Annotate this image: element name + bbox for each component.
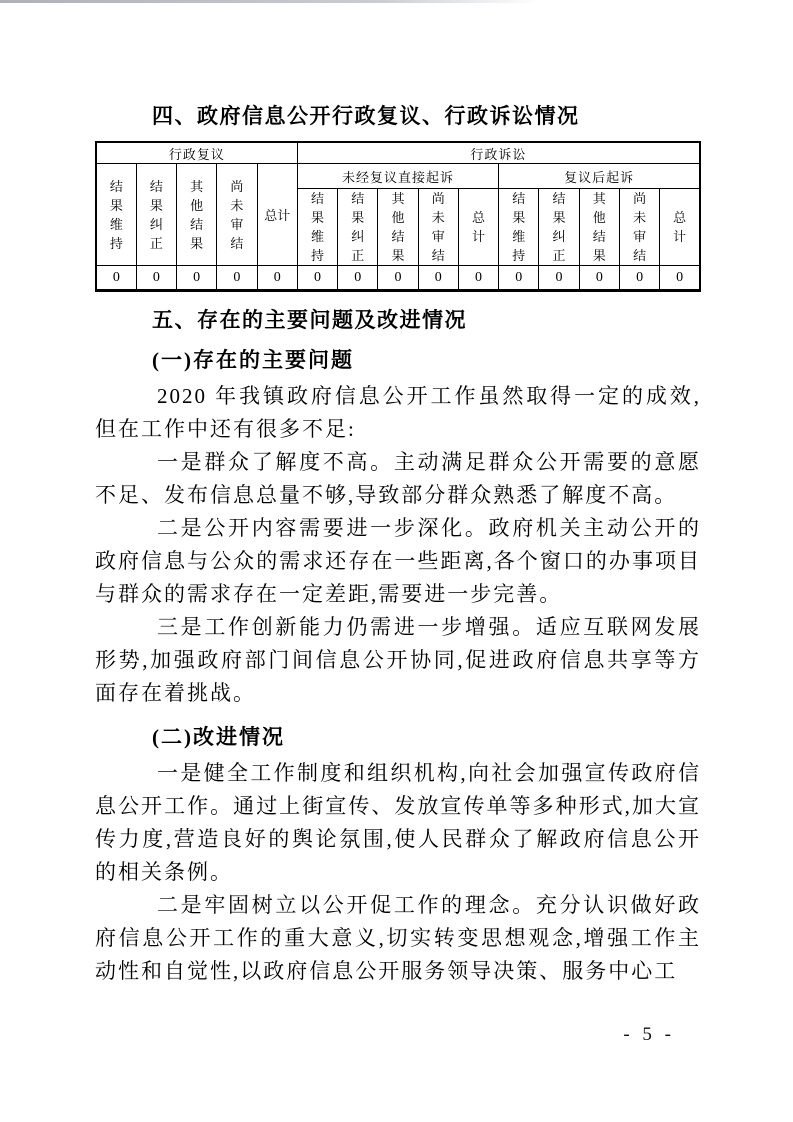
value-cell: 0 bbox=[539, 266, 579, 291]
header-direct-suit: 未经复议直接起诉 bbox=[297, 164, 498, 189]
header-other-result: 其他结果 bbox=[378, 189, 418, 266]
value-cell: 0 bbox=[499, 266, 539, 291]
header-result-corrected: 结果纠正 bbox=[338, 189, 378, 266]
section-5-heading: 五、存在的主要问题及改进情况 bbox=[95, 309, 701, 333]
document-page: 四、政府信息公开行政复议、行政诉讼情况 行政复议 行政诉讼 结果维持 结果纠正 … bbox=[0, 0, 793, 1122]
header-other-result: 其他结果 bbox=[579, 189, 619, 266]
section-5-1-heading: (一)存在的主要问题 bbox=[95, 345, 701, 375]
admin-review-litigation-table: 行政复议 行政诉讼 结果维持 结果纠正 其他结果 尚未审结 总计 未经复议直接起… bbox=[95, 141, 701, 292]
value-cell: 0 bbox=[217, 266, 257, 291]
value-cell: 0 bbox=[660, 266, 700, 291]
value-cell: 0 bbox=[297, 266, 337, 291]
section-4-heading: 四、政府信息公开行政复议、行政诉讼情况 bbox=[95, 105, 701, 129]
header-pending: 尚未审结 bbox=[619, 189, 659, 266]
value-cell: 0 bbox=[136, 266, 176, 291]
paragraph: 一是健全工作制度和组织机构,向社会加强宣传政府信息公开工作。通过上街宣传、发放宣… bbox=[95, 757, 701, 889]
header-result-corrected: 结果纠正 bbox=[539, 189, 579, 266]
value-cell: 0 bbox=[378, 266, 418, 291]
header-total: 总计 bbox=[458, 189, 498, 266]
header-litigation: 行政诉讼 bbox=[297, 142, 700, 164]
value-cell: 0 bbox=[418, 266, 458, 291]
value-cell: 0 bbox=[257, 266, 297, 291]
header-reconsideration: 行政复议 bbox=[96, 142, 297, 164]
paragraph: 2020 年我镇政府信息公开工作虽然取得一定的成效,但在工作中还有很多不足: bbox=[95, 380, 701, 446]
value-cell: 0 bbox=[338, 266, 378, 291]
header-other-result: 其他结果 bbox=[177, 164, 217, 266]
paragraph: 二是牢固树立以公开促工作的理念。充分认识做好政府信息公开工作的重大意义,切实转变… bbox=[95, 889, 701, 988]
paragraph: 二是公开内容需要进一步深化。政府机关主动公开的政府信息与公众的需求还存在一些距离… bbox=[95, 512, 701, 611]
paragraph: 一是群众了解度不高。主动满足群众公开需要的意愿不足、发布信息总量不够,导致部分群… bbox=[95, 446, 701, 512]
header-pending: 尚未审结 bbox=[217, 164, 257, 266]
table-subheader-row: 结果维持 结果纠正 其他结果 尚未审结 总计 未经复议直接起诉 复议后起诉 bbox=[96, 164, 700, 189]
header-total: 总计 bbox=[660, 189, 700, 266]
header-total: 总计 bbox=[257, 164, 297, 266]
header-result-upheld: 结果维持 bbox=[96, 164, 136, 266]
value-cell: 0 bbox=[579, 266, 619, 291]
value-cell: 0 bbox=[96, 266, 136, 291]
header-result-upheld: 结果维持 bbox=[297, 189, 337, 266]
page-content: 四、政府信息公开行政复议、行政诉讼情况 行政复议 行政诉讼 结果维持 结果纠正 … bbox=[95, 0, 701, 988]
paragraph: 三是工作创新能力仍需进一步增强。适应互联网发展形势,加强政府部门间信息公开协同,… bbox=[95, 611, 701, 710]
table-values-row: 0 0 0 0 0 0 0 0 0 0 0 0 0 0 0 bbox=[96, 266, 700, 291]
page-number: - 5 - bbox=[623, 1024, 675, 1046]
header-result-upheld: 结果维持 bbox=[499, 189, 539, 266]
section-5-2-heading: (二)改进情况 bbox=[95, 722, 701, 752]
header-result-corrected: 结果纠正 bbox=[136, 164, 176, 266]
table-group-header-row: 行政复议 行政诉讼 bbox=[96, 142, 700, 164]
header-after-reconsideration-suit: 复议后起诉 bbox=[499, 164, 700, 189]
value-cell: 0 bbox=[458, 266, 498, 291]
value-cell: 0 bbox=[177, 266, 217, 291]
value-cell: 0 bbox=[619, 266, 659, 291]
header-pending: 尚未审结 bbox=[418, 189, 458, 266]
